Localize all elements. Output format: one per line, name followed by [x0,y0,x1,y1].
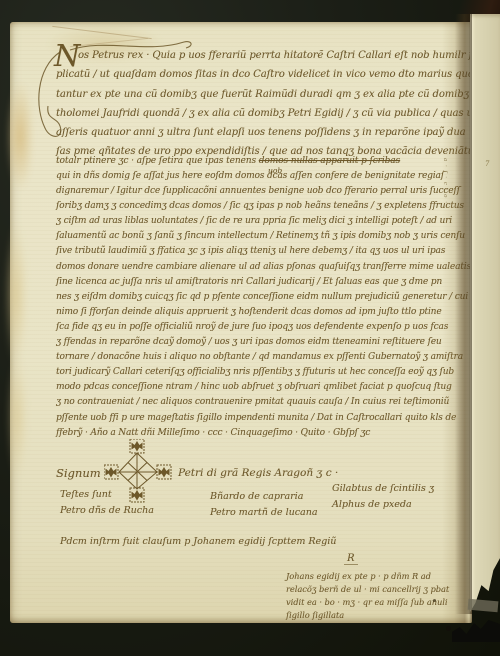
facing-page-edge: 7 [470,14,500,612]
manuscript-text-line: qui in dñs domig ſe aſſat jus here eoſdm… [56,169,454,184]
manuscript-text-line: relacõʒ berñ de ul · mi cancellrij ʒ pba… [286,583,461,596]
manuscript-text-line: Petro dñs de Rucha [60,503,154,519]
manuscript-text-line: tantur ex pte una cũ domibʒ que fuerũt R… [56,85,454,104]
manuscript-text-line: tori judicarỹ Callari ceteriſqʒ official… [56,365,454,380]
manuscript-text-line: modo pdcas conceſſione ntram / hinc uob … [56,380,454,395]
manuscript-text-line: tornare / donacõne huis i aliquo no obſt… [56,350,454,365]
ink-speck [433,599,436,602]
torn-paper-scrap [468,599,499,613]
manuscript-text-line: Alphus de pxeda [332,497,434,513]
closing-line: Pdcm inſtrm fuit clauſum p Johanem egidi… [60,536,336,547]
manuscript-text-line: ʒ no contraueniat / nec aliquos contraue… [56,395,454,410]
manuscript-text-line: domos donare uendre cambiare alienare ul… [56,260,454,275]
manuscript-text-line: dignaremur / Igitur dce ſupplicacõni ann… [56,184,454,199]
notary-note: Johans egidij ex pte p · p dñm R adrelac… [286,570,461,622]
struck-text: domos nullas apparuit p ſcribas [259,156,400,166]
manuscript-text-line: Johans egidij ex pte p · p dñm R ad [286,570,461,583]
witness-names: Petro dñs de Rucha [60,503,154,519]
manuscript-text-line: nes ʒ eiſdm domibʒ cuicqʒ ſic qd p pſent… [56,290,454,305]
witness-column-2: Bñardo de caprariaPetro martñ de lucana [210,489,318,520]
manuscript-text-line: ſive tributũ laudimiũ ʒ ffatica ʒc ʒ ipi… [56,244,454,259]
manuscript-page: N os Petrus rex · Quia p uos fferariũ pe… [10,22,472,623]
manuscript-photo: N os Petrus rex · Quia p uos fferariũ pe… [0,0,500,656]
parchment-stain [6,352,28,482]
manuscript-text-line: Petro martñ de lucana [210,505,318,521]
manuscript-text-line: aſſeris quatuor anni ʒ ultra ſunt elapſi… [56,123,454,142]
manuscript-text-line: os Petrus rex · Quia p uos fferariũ perr… [56,46,454,65]
main-text-lower: qui in dñs domig ſe aſſat jus here eoſdm… [56,169,454,441]
manuscript-text-line: vidit ea · bo · mʒ · qr ea miſſa ſub anu… [286,596,461,609]
folio-mark: 7 [485,160,489,168]
parchment-stain [4,220,28,370]
ink-dot [446,626,451,631]
manuscript-text-line: Bñardo de capraria [210,489,318,505]
manuscript-text-line: plicatũ / ut quaſdam domos ſitas in dco … [56,65,454,84]
manuscript-text-line: ʒ ciſtm ad uras liblas uoluntates / ſic … [56,214,454,229]
marginal-note-vertical: a · ſ · c · o · [442,158,448,204]
manuscript-text-line: ſaluamentũ ac bonũ ʒ ſanũ ʒ ſincum intel… [56,229,454,244]
manuscript-text-line: tholomei Jaufridi quondã / ʒ ex alia cũ … [56,104,454,123]
royal-title: Petri di grã Regis Aragoñ ʒ c · [178,467,338,479]
gutter-shadow [455,14,472,614]
witness-column-1: Teſtes ſunt Petro dñs de Rucha [60,487,154,518]
manuscript-text-line: pſſente uob ffi p ure mageſtatis ſigillo… [56,411,454,426]
manuscript-text-line: ſoribʒ damʒ ʒ concedimʒ dcas domos / ſic… [56,199,454,214]
manuscript-text-line: ʒ ffendas in reparõne dcaỹ domoỹ / uos ʒ… [56,335,454,350]
witnesses-heading: Teſtes ſunt [60,487,154,503]
line-text: totalr ptinere ʒc · aſpe ſetira que ipas… [56,156,259,166]
main-text-upper: os Petrus rex · Quia p uos fferariũ perr… [56,46,454,162]
manuscript-text-line: nimo ſi fforſan deinde aliquis appruerit… [56,305,454,320]
witness-column-3: Gilabtus de ſcintilis ʒAlphus de pxeda [332,481,434,512]
manuscript-text-line: ſine licenca ac juſſa nris ul amiſtrator… [56,275,454,290]
manuscript-text-line: ſca fide qʒ eu in poſſe officialiũ nroỹ … [56,320,454,335]
signum-word: Signum [56,466,101,480]
registration-mark: R [344,553,358,565]
corrected-line: totalr ptinere ʒc · aſpe ſetira que ipas… [56,156,454,166]
manuscript-text-line: Gilabtus de ſcintilis ʒ [332,481,434,497]
manuscript-text-line: ſigillo ſigillata [286,609,461,622]
